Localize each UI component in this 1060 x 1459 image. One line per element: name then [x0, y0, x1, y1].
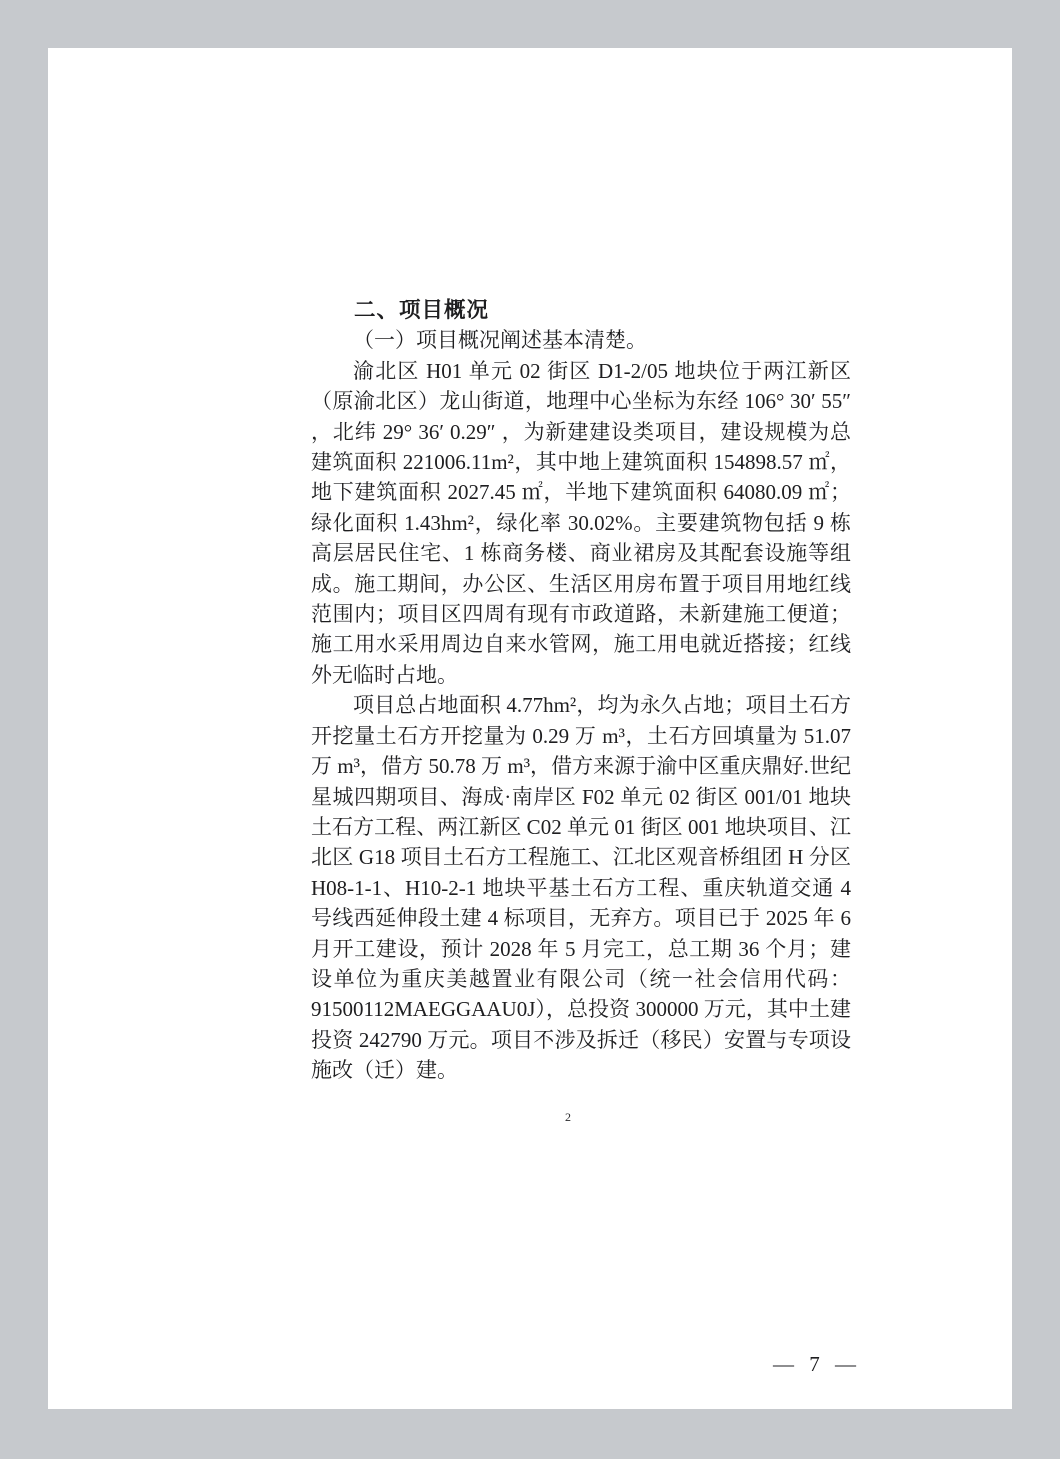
embedded-page-number: 2	[548, 1110, 588, 1124]
section-heading: 二、项目概况	[311, 295, 851, 325]
subsection-heading: （一）项目概况阐述基本清楚。	[311, 325, 851, 355]
body-paragraph-1: 渝北区 H01 单元 02 街区 D1-2/05 地块位于两江新区（原渝北区）龙…	[311, 356, 851, 690]
scan-background: 二、项目概况 （一）项目概况阐述基本清楚。 渝北区 H01 单元 02 街区 D…	[0, 0, 1060, 1459]
text-column: 二、项目概况 （一）项目概况阐述基本清楚。 渝北区 H01 单元 02 街区 D…	[311, 295, 851, 1086]
body-paragraph-2: 项目总占地面积 4.77hm²，均为永久占地；项目土石方开挖量土石方开挖量为 0…	[311, 690, 851, 1085]
document-page: 二、项目概况 （一）项目概况阐述基本清楚。 渝北区 H01 单元 02 街区 D…	[48, 48, 1012, 1409]
page-number-footer: — 7 —	[667, 1351, 967, 1377]
